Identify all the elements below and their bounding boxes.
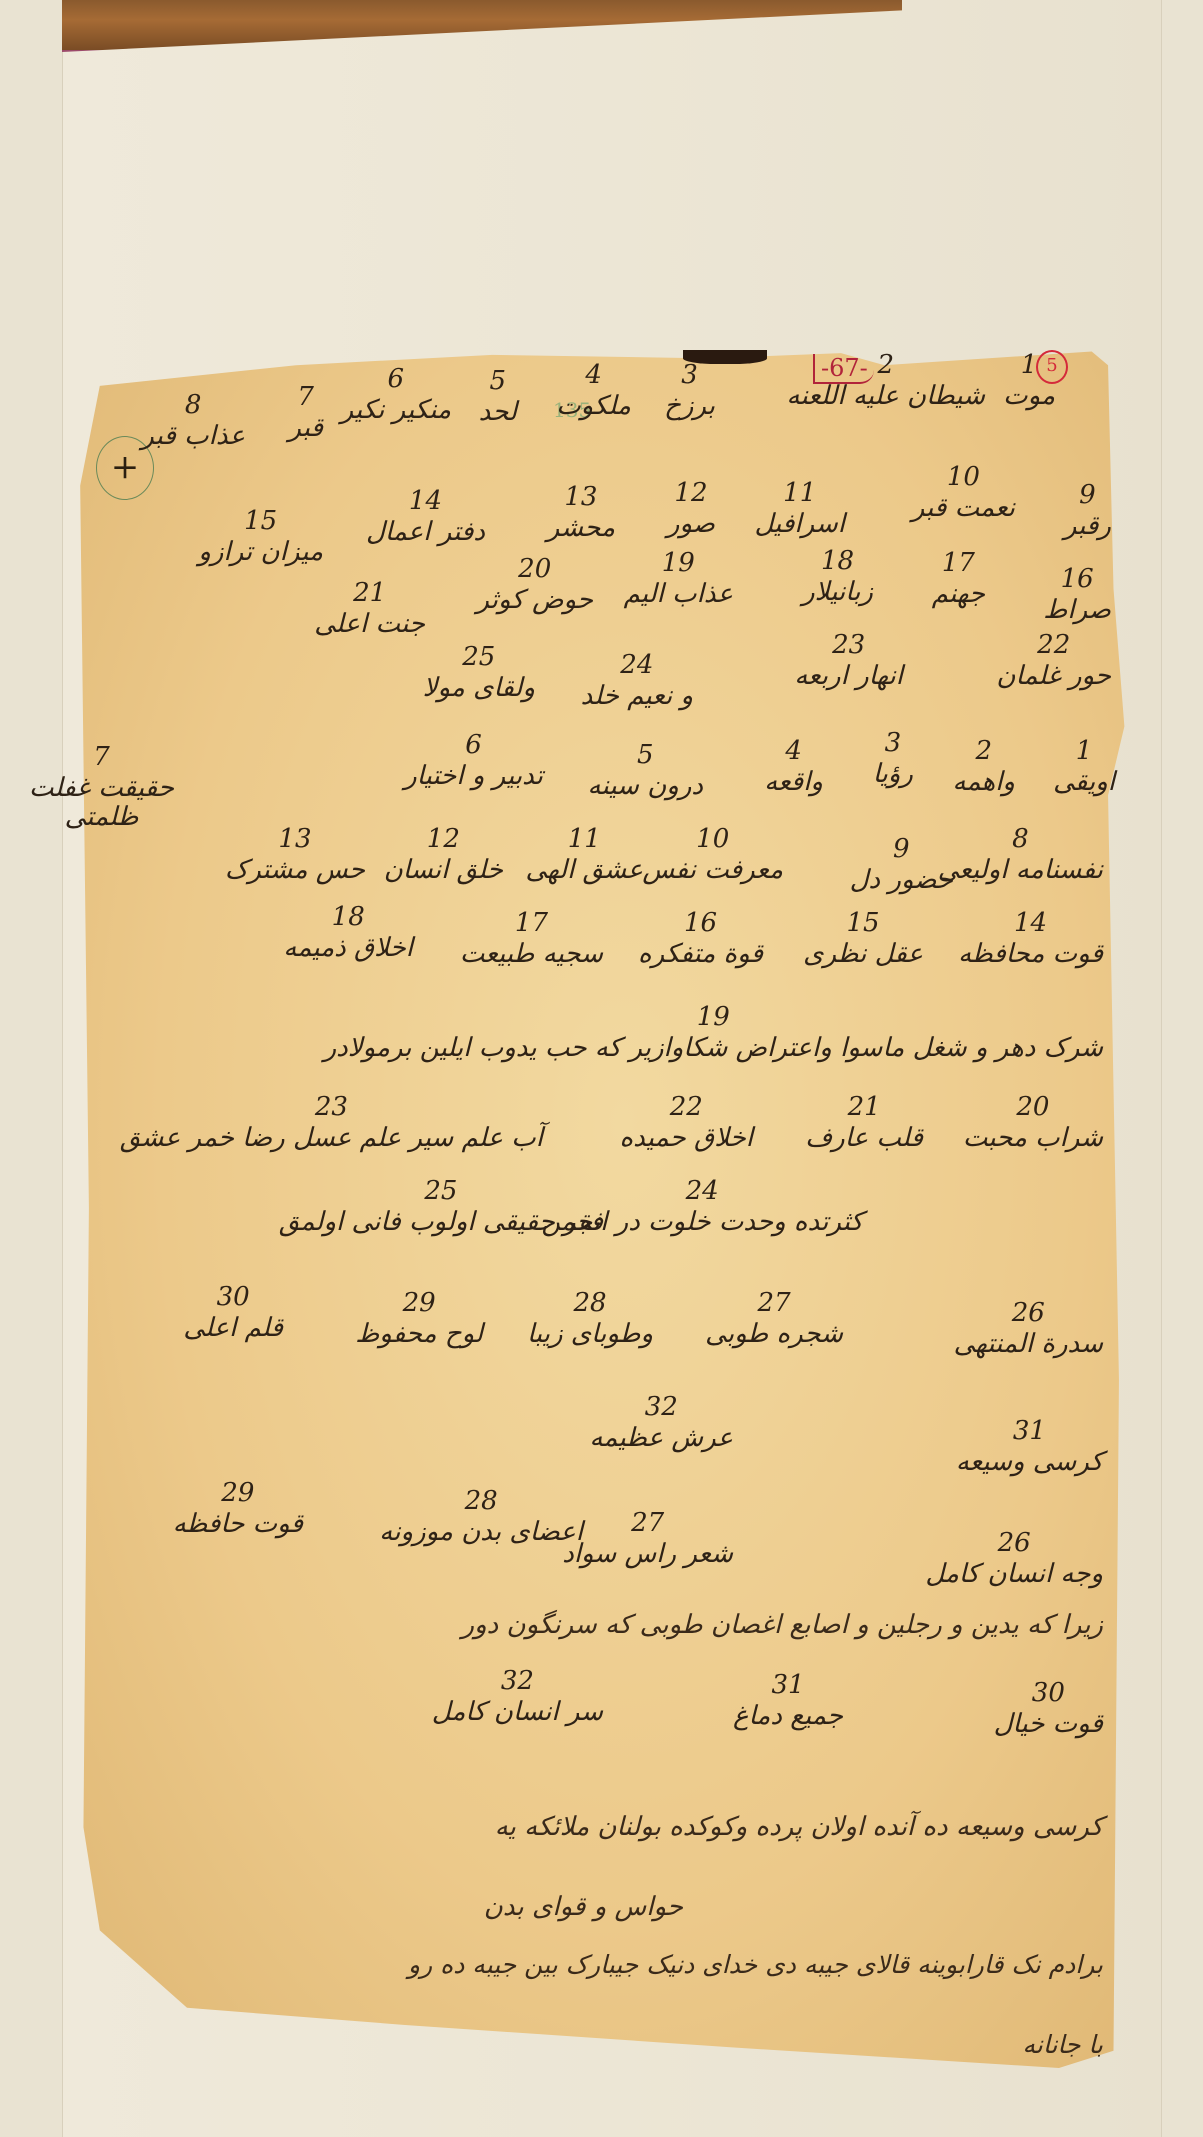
term-2-32: 32عرش عظیمه: [589, 1394, 733, 1453]
term-1-12: 12صور: [667, 480, 715, 539]
term-2-2: 2واهمه: [953, 738, 1015, 797]
term-1-15: 15میزان ترازو: [198, 508, 323, 567]
term-2-17: 17سجیه طبیعت: [460, 910, 603, 969]
term-1-17: 17جهنم: [932, 550, 985, 609]
term-1-25: 25ولقای مولا: [423, 644, 535, 703]
text-line-3: حواس و قوای بدن: [484, 1892, 683, 1922]
term-2-31: 31کرسی وسیعه: [956, 1418, 1103, 1477]
term-2-4: 4واقعه: [764, 738, 823, 797]
term-1-5: 5لحد: [479, 368, 517, 427]
term-1-10: 10نعمت قبر: [912, 464, 1015, 523]
term-2-3: 3رؤیا: [873, 730, 913, 789]
term-1-1: 1موت: [1003, 352, 1055, 411]
term-3-27: 27شعر راس سواد: [562, 1510, 733, 1569]
term-2-30: 30قلم اعلی: [183, 1284, 283, 1343]
term-1-18: 18زبانیلار: [802, 548, 873, 607]
term-3-32: 32سر انسان کامل: [432, 1668, 603, 1727]
term-2-9: 9حضور دل: [850, 836, 953, 895]
term-1-2: 2شیطان علیه اللعنه: [787, 352, 986, 411]
term-2-12: 12خلق انسان: [384, 826, 503, 885]
term-1-21: 21جنت اعلی: [314, 580, 425, 639]
term-3-29: 29قوت حافظه: [173, 1480, 303, 1539]
term-2-6: 6تدبیر و اختیار: [404, 732, 543, 791]
term-2-27: 27شجره طوبی: [705, 1290, 843, 1349]
term-2-8: 8نفسنامه اولیعی: [938, 826, 1103, 885]
term-2-14: 14قوت محافظه: [958, 910, 1103, 969]
term-3-31: 31جمیع دماغ: [733, 1672, 843, 1731]
term-2-5: 5درون سینه: [588, 742, 703, 801]
term-3-26: 26وجه انسان کامل: [925, 1530, 1103, 1589]
term-2-25: 25فقر حقیقی اولوب فانی اولمق: [279, 1178, 603, 1237]
text-line-1: زیرا که یدین و رجلین و اصابع اغصان طوبی …: [462, 1610, 1103, 1640]
term-1-3: 3برزخ: [664, 362, 715, 421]
term-2-22: 22اخلاق حمیده: [620, 1094, 753, 1153]
term-2-15: 15عقل نظری: [803, 910, 923, 969]
term-1-19: 19عذاب الیم: [624, 550, 733, 609]
term-2-13: 13حس مشترک: [225, 826, 365, 885]
term-2-23: 23آب علم سیر علم عسل رضا خمر عشق: [120, 1094, 543, 1153]
term-1-20: 20حوض کوثر: [476, 556, 593, 615]
term-1-9: 9رقبر: [1064, 482, 1111, 541]
term-3-28: 28اعضای بدن موزونه: [379, 1488, 583, 1547]
term-2-10: 10معرفت نفس: [642, 826, 783, 885]
term-2-26: 26سدرة المنتهی: [954, 1300, 1103, 1359]
term-1-11: 11اسرافیل: [754, 480, 845, 539]
term-1-4: 4ملکوت: [556, 362, 631, 421]
term-2-29: 29لوح محفوظ: [355, 1290, 483, 1349]
text-line-2: کرسی وسیعه ده آنده اولان پرده وکوکده بول…: [495, 1812, 1103, 1842]
text-line-5: با جانانه: [1022, 2030, 1103, 2059]
term-1-7: 7قبر: [288, 384, 323, 443]
term-2-16: 16قوة متفکره: [638, 910, 763, 969]
term-1-23: 23انهار اربعه: [794, 632, 903, 691]
term-1-16: 16صراط: [1043, 566, 1111, 625]
term-2-20: 20شراب محبت: [963, 1094, 1103, 1153]
term-1-22: 22حور غلمان: [996, 632, 1111, 691]
term-2-21: 21قلب عارف: [805, 1094, 923, 1153]
term-2-11: 11عشق الهی: [526, 826, 643, 885]
term-1-13: 13محشر: [547, 484, 615, 543]
term-2-19: 19شرک دهر و شغل ماسوا واعتراض شکاوازیر ک…: [324, 1004, 1103, 1063]
term-1-14: 14دفتر اعمال: [366, 488, 485, 547]
term-1-8: 8عذاب قبر: [141, 392, 245, 451]
text-line-4: برادم نک قارابوینه قالای جیبه دی خدای دن…: [408, 1950, 1103, 1979]
term-2-28: 28وطوبای زیبا: [527, 1290, 653, 1349]
term-1-6: 6منکیر نکیر: [341, 366, 451, 425]
term-3-30: 30قوت خیال: [994, 1680, 1103, 1739]
term-2-7: 7حقیقت غفلت ظلمتی: [0, 744, 203, 831]
term-1-24: 24و نعیم خلد: [581, 652, 693, 711]
term-2-1: 1اویقی: [1053, 738, 1115, 797]
term-2-18: 18اخلاق ذمیمه: [283, 904, 413, 963]
